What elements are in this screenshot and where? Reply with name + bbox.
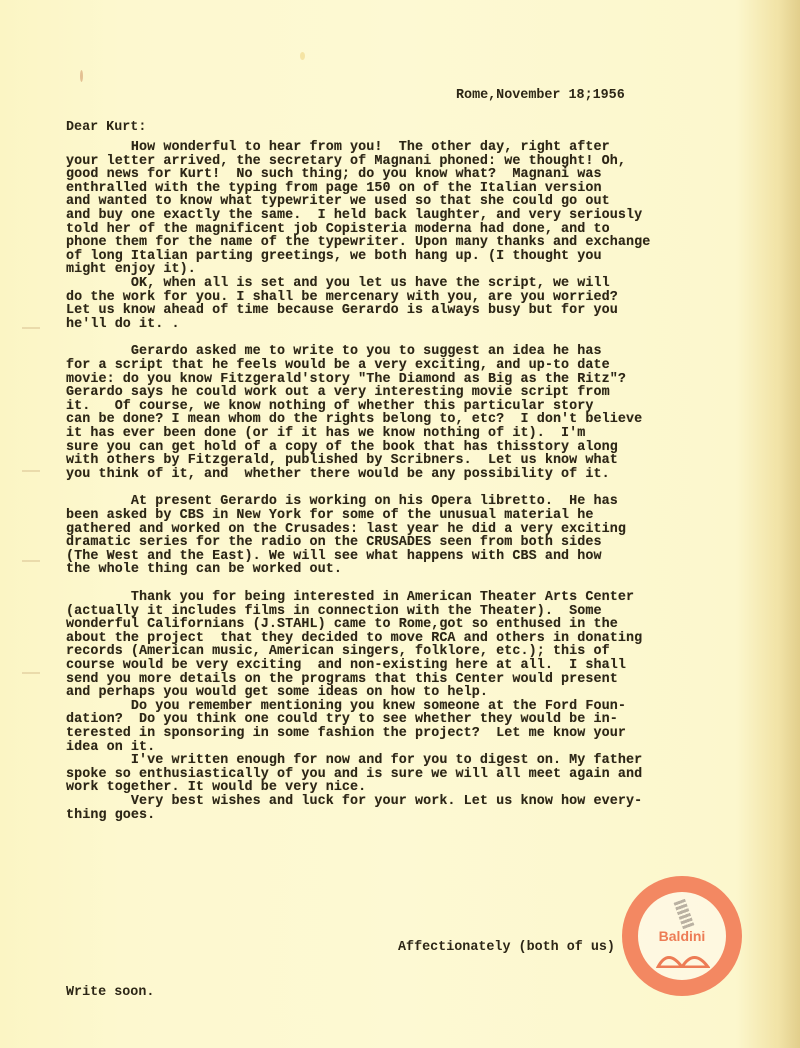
letter-line: for a script that he feels would be a ve… <box>66 359 610 373</box>
letter-line: course would be very exciting and non-ex… <box>66 659 626 673</box>
archive-stamp: Baldini <box>622 876 742 996</box>
letter-line: terested in sponsoring in some fashion t… <box>66 727 626 741</box>
letter-line: OK, when all is set and you let us have … <box>66 277 610 291</box>
letter-line: I've written enough for now and for you … <box>66 754 642 768</box>
page-edge-shadow <box>778 0 800 1048</box>
margin-mark <box>22 327 40 329</box>
letter-line: might enjoy it). <box>66 263 196 277</box>
letter-line: work together. It would be very nice. <box>66 781 366 795</box>
salutation: Dear Kurt: <box>66 120 146 135</box>
letter-line: phone them for the name of the typewrite… <box>66 236 650 250</box>
letter-line: you think of it, and whether there would… <box>66 468 610 482</box>
margin-mark <box>22 672 40 674</box>
letter-line: been asked by CBS in New York for some o… <box>66 509 594 523</box>
closing: Affectionately (both of us) <box>398 940 615 955</box>
letter-line: can be done? I mean whom do the rights b… <box>66 413 642 427</box>
letter-line: the whole thing can be worked out. <box>66 563 342 577</box>
margin-mark <box>22 470 40 472</box>
letter-line: Thank you for being interested in Americ… <box>66 591 634 605</box>
letter-line: Gerardo says he could work out a very in… <box>66 386 610 400</box>
letter-line: it has ever been done (or if it has we k… <box>66 427 585 441</box>
letter-line: and perhaps you would get some ideas on … <box>66 686 488 700</box>
paper-stain <box>300 52 305 60</box>
letter-line: good news for Kurt! No such thing; do yo… <box>66 168 602 182</box>
letter-line: How wonderful to hear from you! The othe… <box>66 141 610 155</box>
letter-page: Rome,November 18;1956 Dear Kurt: How won… <box>0 0 800 1048</box>
letter-line: Very best wishes and luck for your work.… <box>66 795 642 809</box>
letter-line: dramatic series for the radio on the CRU… <box>66 536 602 550</box>
letter-line: and wanted to know what typewriter we us… <box>66 195 610 209</box>
letter-line: thing goes. <box>66 809 155 823</box>
postscript: Write soon. <box>66 985 154 1000</box>
letter-line: Let us know ahead of time because Gerard… <box>66 304 618 318</box>
stamp-b-logo-icon <box>656 946 710 968</box>
stamp-book-stack-icon <box>674 899 695 929</box>
paper-stain <box>80 70 83 82</box>
letter-line: he'll do it. . <box>66 318 180 332</box>
letter-line: and buy one exactly the same. I held bac… <box>66 209 642 223</box>
dateline: Rome,November 18;1956 <box>456 88 625 103</box>
letter-line: dation? Do you think one could try to se… <box>66 713 618 727</box>
margin-mark <box>22 560 40 562</box>
letter-line: Gerardo asked me to write to you to sugg… <box>66 345 602 359</box>
letter-line: records (American music, American singer… <box>66 645 610 659</box>
stamp-label: Baldini <box>638 928 726 944</box>
letter-line: with others by Fitzgerald, published by … <box>66 454 618 468</box>
letter-line: At present Gerardo is working on his Ope… <box>66 495 618 509</box>
letter-line: wonderful Californians (J.STAHL) came to… <box>66 618 618 632</box>
